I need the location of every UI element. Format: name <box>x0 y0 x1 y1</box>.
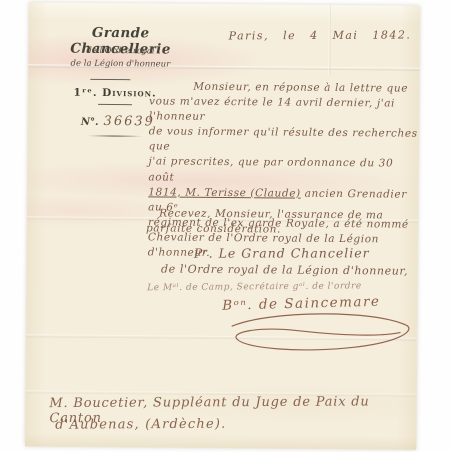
body-line: de vous informer qu'il résulte des reche… <box>149 125 421 158</box>
signature-title-line-1: Pʳ. Le Grand Chancelier <box>177 245 387 260</box>
number-divider <box>86 135 144 138</box>
letter-paper: Grande Chancellerie de l'Ordre royal de … <box>25 2 420 449</box>
letterhead-subtitle-1: de l'Ordre royal <box>40 45 200 56</box>
closing-line: parfaite considération. <box>146 221 416 238</box>
body-line: vous m'avez écrite le 14 avril dernier, … <box>149 94 421 127</box>
underlined-name: 1814, M. Terisse (Claude) <box>148 186 301 199</box>
scan-background: Grande Chancellerie de l'Ordre royal de … <box>0 0 452 452</box>
number-value: 36639 <box>104 114 155 129</box>
letterhead-subtitle-2: de la Légion d'honneur <box>40 58 200 69</box>
body-line: j'ai prescrites, que par ordonnance du 3… <box>148 155 420 188</box>
dateline: Paris, le 4 Mai 1842. <box>229 28 429 42</box>
signature-title-line-2: de l'Ordre royal de la Légion d'honneur, <box>149 262 421 277</box>
closing-formula: Recevez, Monsieur, l'assurance de ma par… <box>146 206 416 237</box>
signature-flourish <box>224 306 419 360</box>
closing-line: Recevez, Monsieur, l'assurance de ma <box>146 206 416 223</box>
letterhead-divider <box>90 79 130 80</box>
signature-title-line-3: Le Mᵃˡ. de Camp, Secrétaire gᵃˡ. de l'or… <box>129 281 379 293</box>
number-label: N°. <box>81 117 99 128</box>
recipient-line-2: d'Aubenas, (Ardèche). <box>55 416 355 433</box>
division-divider <box>98 104 132 105</box>
